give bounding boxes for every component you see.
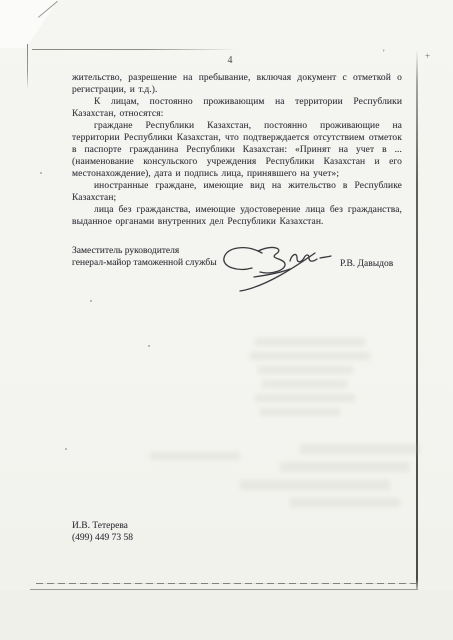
- bleed-through-smudge: [300, 444, 420, 454]
- paragraph-residence-permit: жительство, разрешение на пребывание, вк…: [72, 72, 402, 96]
- bleed-through-smudge: [150, 452, 240, 460]
- bleed-through-smudge: [250, 352, 370, 360]
- paragraph-foreign-citizens: иностранные граждане, имеющие вид на жит…: [72, 180, 402, 204]
- scan-left-edge-line: [27, 44, 28, 90]
- page-number: 4: [60, 55, 400, 66]
- bleed-through-smudge: [262, 380, 347, 388]
- signer-title-line2: генерал-майор таможенной службы: [72, 257, 217, 269]
- executor-name: И.В. Тетерева: [72, 520, 133, 532]
- scan-speck: [65, 448, 67, 450]
- scan-speck: [40, 172, 42, 174]
- page-corner-fold: [0, 0, 70, 48]
- scan-right-edge-line: [416, 50, 418, 590]
- bleed-through-smudge: [240, 480, 390, 490]
- signature-block: Заместитель руководителя генерал-майор т…: [72, 245, 402, 305]
- bleed-through-smudge: [255, 338, 365, 346]
- scanner-background-band: [0, 590, 453, 640]
- paragraph-stateless-persons: лица без гражданства, имеющие удостовере…: [72, 204, 402, 228]
- scan-speck: [148, 345, 150, 347]
- scan-top-edge-line: [32, 49, 237, 50]
- scanned-document-page: ' + 4 жительство, разрешение на пребыван…: [0, 0, 453, 640]
- scan-speck: +: [425, 51, 430, 61]
- document-body-text: жительство, разрешение на пребывание, вк…: [72, 72, 402, 228]
- paragraph-citizens-kazakhstan: граждане Республики Казахстан, постоянно…: [72, 120, 402, 180]
- bleed-through-smudge: [260, 408, 340, 416]
- paragraph-persons-residing: К лицам, постоянно проживающим на террит…: [72, 96, 402, 120]
- signer-name: Р.В. Давыдов: [340, 258, 393, 270]
- signer-title-line1: Заместитель руководителя: [72, 245, 217, 257]
- bleed-through-smudge: [280, 462, 410, 472]
- handwritten-signature: [210, 239, 340, 299]
- executor-contact-block: И.В. Тетерева (499) 449 73 58: [72, 520, 133, 544]
- bleed-through-smudge: [290, 498, 400, 507]
- scan-bottom-dashed-line: [36, 583, 418, 584]
- executor-phone: (499) 449 73 58: [72, 532, 133, 544]
- bleed-through-smudge: [258, 366, 353, 374]
- bleed-through-smudge: [255, 394, 355, 402]
- signer-titles: Заместитель руководителя генерал-майор т…: [72, 245, 217, 269]
